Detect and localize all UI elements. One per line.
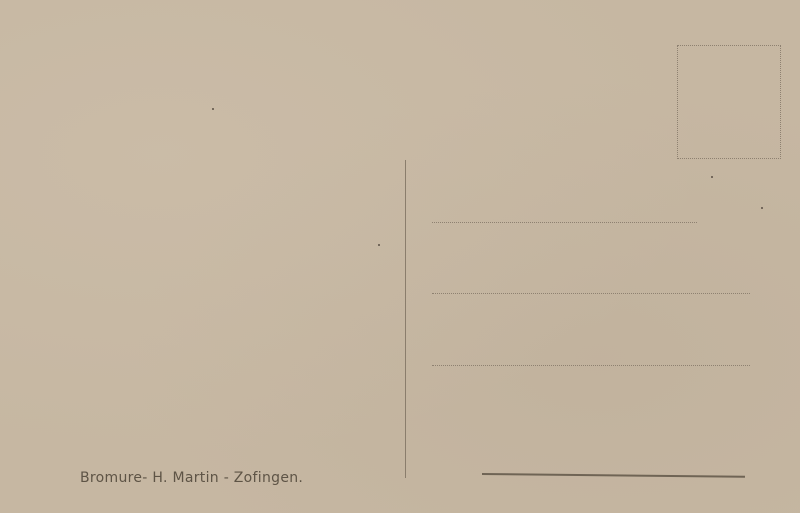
address-line-1 [432, 222, 697, 223]
paper-speck [711, 176, 713, 178]
postcard-back: Bromure- H. Martin - Zofingen. [0, 0, 800, 513]
center-divider-line [405, 160, 406, 478]
address-bottom-rule [482, 473, 745, 478]
publisher-imprint: Bromure- H. Martin - Zofingen. [80, 470, 303, 486]
stamp-placement-box [677, 45, 781, 159]
paper-speck [761, 207, 763, 209]
paper-speck [378, 244, 380, 246]
address-line-3 [432, 365, 750, 366]
paper-speck [212, 108, 214, 110]
address-line-2 [432, 293, 750, 294]
